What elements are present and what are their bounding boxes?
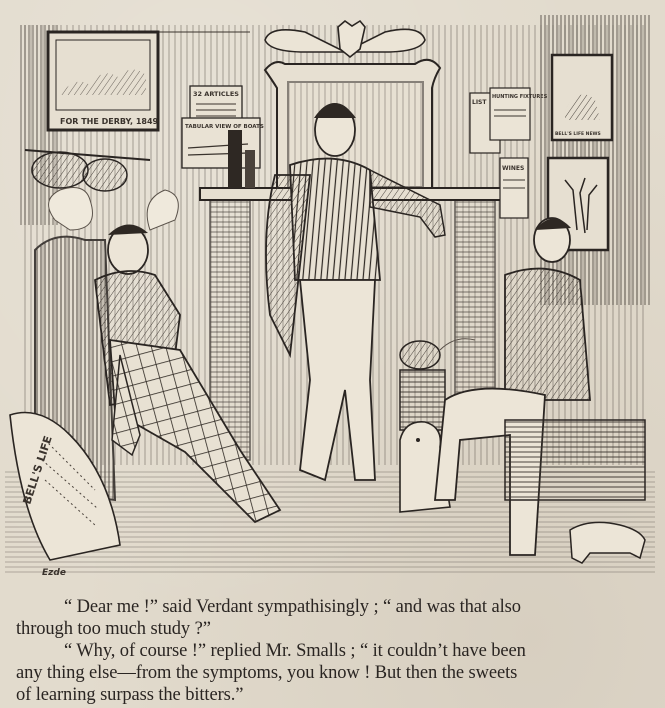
svg-text:FOR THE DERBY, 1849: FOR THE DERBY, 1849 [60, 117, 159, 126]
svg-text:LIST: LIST [472, 99, 487, 106]
caption-paragraph-2: “ Why, of course !” replied Mr. Smalls ;… [40, 640, 640, 706]
caption-line: of learning surpass the bitters.” [16, 685, 243, 705]
bottle [228, 130, 242, 188]
engraving-illustration: FOR THE DERBY, 1849 32 ARTICLES TABULAR … [0, 0, 665, 585]
bench [505, 420, 645, 500]
caption-line: any thing else—from the symptoms, you kn… [16, 663, 517, 683]
svg-text:HUNTING FIXTURES: HUNTING FIXTURES [492, 94, 548, 100]
caption-paragraph-1: “ Dear me !” said Verdant sympathisingly… [40, 596, 640, 640]
svg-text:32 ARTICLES: 32 ARTICLES [193, 90, 239, 98]
svg-text:BELL'S LIFE NEWS: BELL'S LIFE NEWS [555, 131, 601, 137]
svg-text:TABULAR VIEW OF BOATS: TABULAR VIEW OF BOATS [185, 124, 264, 130]
caption-line: “ Dear me !” said Verdant sympathisingly… [64, 597, 521, 617]
wines-poster: WINES [500, 158, 528, 218]
horseman-picture: BELL'S LIFE NEWS [552, 55, 612, 140]
caption-line: “ Why, of course !” replied Mr. Smalls ;… [64, 641, 526, 661]
book-page: FOR THE DERBY, 1849 32 ARTICLES TABULAR … [0, 0, 665, 708]
artist-signature: Ezde [42, 568, 66, 578]
caption-text: “ Dear me !” said Verdant sympathisingly… [40, 596, 640, 706]
caption-line: through too much study ?” [16, 619, 211, 639]
derby-picture: FOR THE DERBY, 1849 [48, 32, 159, 130]
svg-text:WINES: WINES [502, 165, 524, 172]
